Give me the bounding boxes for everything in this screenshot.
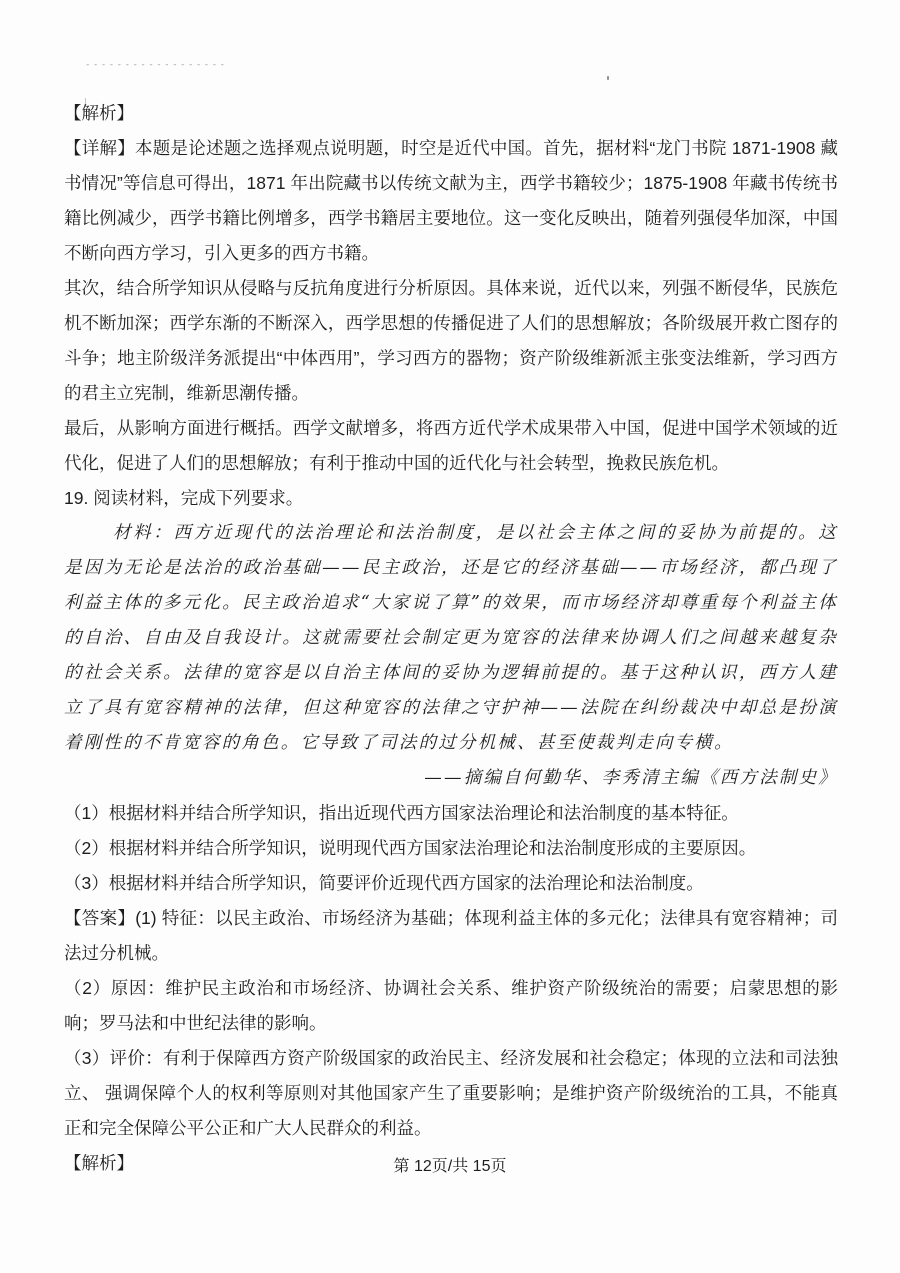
- analysis-heading-top: 【解析】: [64, 96, 838, 131]
- scan-artifact-dot: [607, 76, 609, 80]
- cause-analysis-paragraph: 其次，结合所学知识从侵略与反抗角度进行分析原因。具体来说，近代以来，列强不断侵华…: [64, 271, 838, 411]
- answer-part-1: 【答案】(1) 特征：以民主政治、市场经济为基础；体现利益主体的多元化；法律具有…: [64, 901, 838, 971]
- detail-explanation-paragraph: 【详解】本题是论述题之选择观点说明题，时空是近代中国。首先，据材料“龙门书院 1…: [64, 131, 838, 271]
- question-19-sub1: （1）根据材料并结合所学知识，指出近现代西方国家法治理论和法治制度的基本特征。: [64, 796, 838, 831]
- question-19-intro: 19. 阅读材料，完成下列要求。: [64, 481, 838, 516]
- material-source-attribution: ——摘编自何勤华、李秀清主编《西方法制史》: [64, 761, 838, 796]
- question-19-sub3: （3）根据材料并结合所学知识，简要评价近现代西方国家的法治理论和法治制度。: [64, 866, 838, 901]
- page-content: 【解析】 【详解】本题是论述题之选择观点说明题，时空是近代中国。首先，据材料“龙…: [64, 96, 838, 1181]
- impact-summary-paragraph: 最后，从影响方面进行概括。西学文献增多，将西方近代学术成果带入中国，促进中国学术…: [64, 411, 838, 481]
- answer-part-3: （3）评价：有利于保障西方资产阶级国家的政治民主、经济发展和社会稳定；体现的立法…: [64, 1041, 838, 1146]
- page-number-footer: 第 12页/共 15页: [0, 1155, 900, 1179]
- material-quote-paragraph: 材料：西方近现代的法治理论和法治制度，是以社会主体之间的妥协为前提的。这是因为无…: [64, 516, 838, 761]
- scan-artifact-dashed-line: ------------------: [85, 60, 228, 70]
- question-19-sub2: （2）根据材料并结合所学知识，说明现代西方国家法治理论和法治制度形成的主要原因。: [64, 831, 838, 866]
- document-page: ------------------ 【解析】 【详解】本题是论述题之选择观点说…: [0, 0, 900, 1273]
- answer-part-2: （2）原因：维护民主政治和市场经济、协调社会关系、维护资产阶级统治的需要；启蒙思…: [64, 971, 838, 1041]
